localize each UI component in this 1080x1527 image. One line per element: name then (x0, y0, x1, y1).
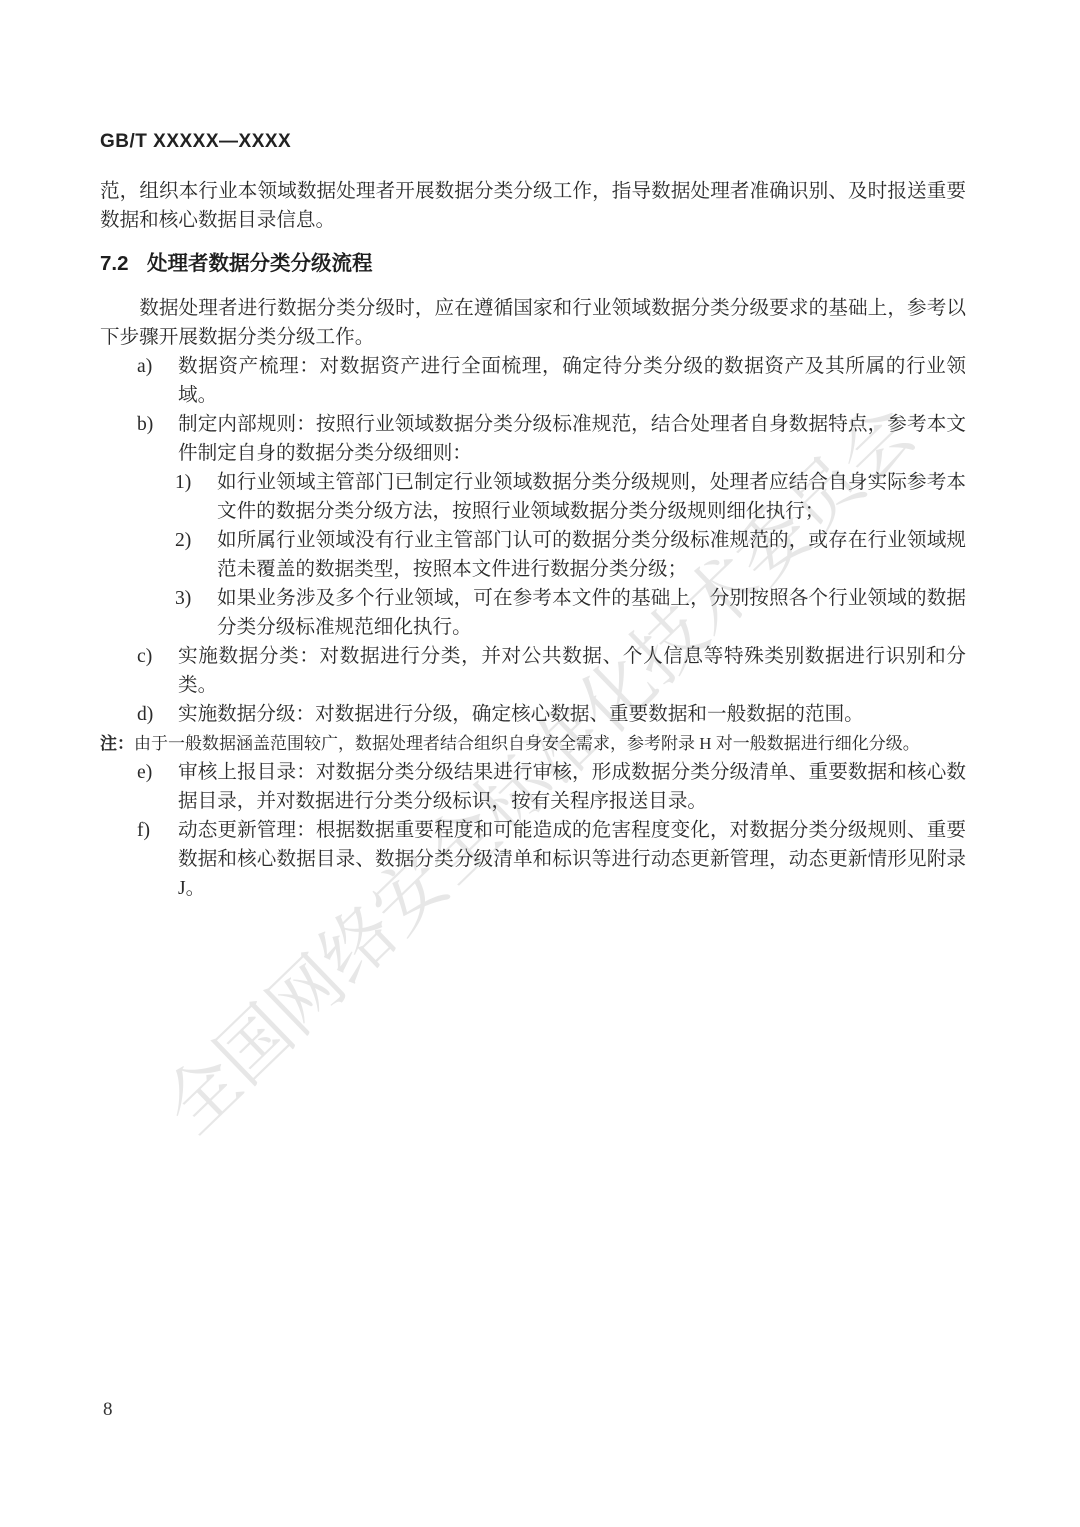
list-item-a-text: 数据资产梳理：对数据资产进行全面梳理，确定待分类分级的数据资产及其所属的行业领域… (178, 356, 966, 406)
sublist-item-2: 2) 如所属行业领域没有行业主管部门认可的数据分类分级标准规范的，或存在行业领域… (100, 526, 966, 584)
sublist-item-1-text: 如行业领域主管部门已制定行业领域数据分类分级规则，处理者应结合自身实际参考本文件… (217, 472, 966, 522)
list-item-e-text: 审核上报目录：对数据分类分级结果进行审核，形成数据分类分级清单、重要数据和核心数… (178, 762, 966, 812)
note-label: 注： (100, 734, 134, 753)
document-page: 全国网络安全标准化技术委员会 GB/T XXXXX—XXXX 范，组织本行业本领… (0, 0, 1080, 1527)
sublist-item-2-text: 如所属行业领域没有行业主管部门认可的数据分类分级标准规范的，或存在行业领域规范未… (217, 530, 966, 580)
list-item-d: d) 实施数据分级：对数据进行分级，确定核心数据、重要数据和一般数据的范围。 (100, 700, 966, 729)
sublist-item-3: 3) 如果业务涉及多个行业领域，可在参考本文件的基础上，分别按照各个行业领域的数… (100, 584, 966, 642)
sublist-item-1: 1) 如行业领域主管部门已制定行业领域数据分类分级规则，处理者应结合自身实际参考… (100, 468, 966, 526)
list-item-e: e) 审核上报目录：对数据分类分级结果进行审核，形成数据分类分级清单、重要数据和… (100, 758, 966, 816)
section-heading: 7.2 处理者数据分类分级流程 (100, 249, 966, 278)
list-item-e-label: e) (137, 758, 152, 787)
list-item-b: b) 制定内部规则：按照行业领域数据分类分级标准规范，结合处理者自身数据特点，参… (100, 410, 966, 468)
standard-number-header: GB/T XXXXX—XXXX (100, 131, 291, 153)
list-item-c-text: 实施数据分类：对数据进行分类，并对公共数据、个人信息等特殊类别数据进行识别和分类… (178, 646, 966, 696)
list-item-a-label: a) (137, 352, 152, 381)
note-line: 注：由于一般数据涵盖范围较广，数据处理者结合组织自身安全需求，参考附录 H 对一… (100, 729, 966, 758)
list-item-c-label: c) (137, 642, 152, 671)
sublist-item-2-label: 2) (175, 526, 191, 555)
sublist-item-3-text: 如果业务涉及多个行业领域，可在参考本文件的基础上，分别按照各个行业领域的数据分类… (217, 588, 966, 638)
section-title: 处理者数据分类分级流程 (147, 249, 373, 278)
list-item-f-text: 动态更新管理：根据数据重要程度和可能造成的危害程度变化，对数据分类分级规则、重要… (178, 820, 966, 899)
sublist-item-3-label: 3) (175, 584, 191, 613)
page-number: 8 (103, 1398, 113, 1422)
document-body: 范，组织本行业本领域数据处理者开展数据分类分级工作，指导数据处理者准确识别、及时… (100, 177, 966, 903)
list-item-f: f) 动态更新管理：根据数据重要程度和可能造成的危害程度变化，对数据分类分级规则… (100, 816, 966, 903)
list-item-d-text: 实施数据分级：对数据进行分级，确定核心数据、重要数据和一般数据的范围。 (178, 704, 864, 725)
sublist-item-1-label: 1) (175, 468, 191, 497)
note-text: 由于一般数据涵盖范围较广，数据处理者结合组织自身安全需求，参考附录 H 对一般数… (134, 734, 920, 753)
paragraph-continuation: 范，组织本行业本领域数据处理者开展数据分类分级工作，指导数据处理者准确识别、及时… (100, 177, 966, 235)
list-item-f-label: f) (137, 816, 150, 845)
section-number: 7.2 (100, 249, 147, 278)
intro-paragraph: 数据处理者进行数据分类分级时，应在遵循国家和行业领域数据分类分级要求的基础上，参… (100, 294, 966, 352)
list-item-b-label: b) (137, 410, 153, 439)
list-item-a: a) 数据资产梳理：对数据资产进行全面梳理，确定待分类分级的数据资产及其所属的行… (100, 352, 966, 410)
list-item-d-label: d) (137, 700, 153, 729)
list-item-c: c) 实施数据分类：对数据进行分类，并对公共数据、个人信息等特殊类别数据进行识别… (100, 642, 966, 700)
list-item-b-text: 制定内部规则：按照行业领域数据分类分级标准规范，结合处理者自身数据特点，参考本文… (178, 414, 966, 464)
